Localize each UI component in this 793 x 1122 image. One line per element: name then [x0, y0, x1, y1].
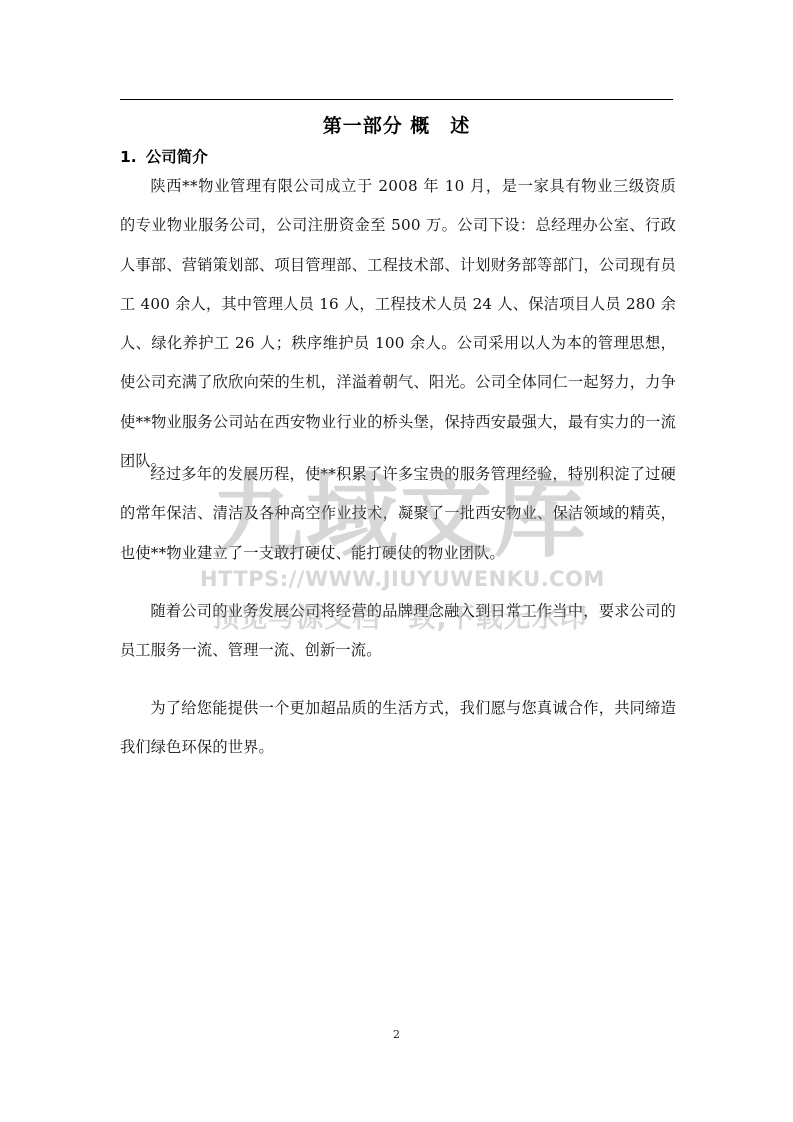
section-heading: 1.公司简介 [120, 145, 208, 167]
paragraph-experience: 经过多年的发展历程，使**积累了许多宝贵的服务管理经验，特别积淀了过硬的常年保洁… [120, 455, 676, 573]
document-page: 第一部分 概 述 1.公司简介 陕西**物业管理有限公司成立于 2008 年 1… [0, 0, 793, 1122]
paragraph-text: 陕西**物业管理有限公司成立于 2008 年 10 月，是一家具有物业三级资质的… [120, 167, 676, 481]
paragraph-company-overview: 陕西**物业管理有限公司成立于 2008 年 10 月，是一家具有物业三级资质的… [120, 167, 676, 481]
section-title: 公司简介 [146, 148, 208, 166]
paragraph-text: 随着公司的业务发展公司将经营的品牌理念融入到日常工作当中，要求公司的员工服务一流… [120, 592, 676, 671]
part-title: 第一部分 概 述 [120, 111, 673, 138]
page-number: 2 [0, 1028, 793, 1041]
paragraph-text: 为了给您能提供一个更加超品质的生活方式，我们愿与您真诚合作，共同缔造我们绿色环保… [120, 689, 676, 768]
paragraph-text: 经过多年的发展历程，使**积累了许多宝贵的服务管理经验，特别积淀了过硬的常年保洁… [120, 455, 676, 573]
header-rule [120, 99, 673, 100]
paragraph-closing: 为了给您能提供一个更加超品质的生活方式，我们愿与您真诚合作，共同缔造我们绿色环保… [120, 689, 676, 768]
section-number: 1. [120, 148, 137, 166]
paragraph-brand: 随着公司的业务发展公司将经营的品牌理念融入到日常工作当中，要求公司的员工服务一流… [120, 592, 676, 671]
